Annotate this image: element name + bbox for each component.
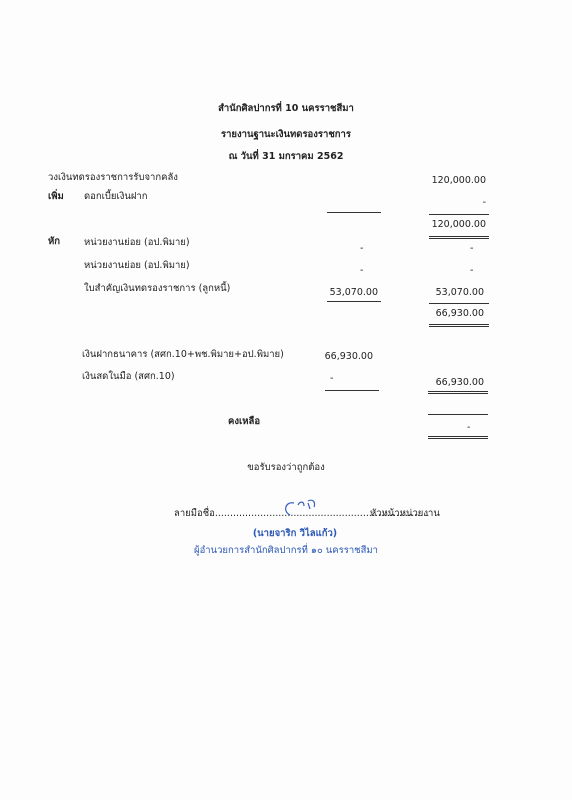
cash-col2: 66,930.00 <box>404 377 484 389</box>
bank-col1: 66,930.00 <box>293 351 373 363</box>
add-label: เพิ่ม <box>48 191 64 203</box>
bank-label: เงินฝากธนาคาร (สศก.10+พช.พิมาย+อป.พิมาย) <box>82 349 284 361</box>
deduct-label: หัก <box>48 236 60 248</box>
rule <box>429 303 489 304</box>
double-rule <box>428 391 488 394</box>
rule <box>428 414 488 415</box>
signer-position: ผู้อำนวยการสำนักศิลปากรที่ ๑๐ นครราชสีมา <box>194 545 378 557</box>
unit1-col2: - <box>470 243 473 255</box>
subtotal2-amount: 66,930.00 <box>404 308 484 320</box>
interest-label: ดอกเบี้ยเงินฝาก <box>84 191 148 203</box>
double-rule <box>428 436 488 439</box>
signature-suffix: หัวหน้าหน่วยงาน <box>370 508 440 520</box>
rule <box>325 390 379 391</box>
signer-name: (นายจาริก วิไลแก้ว) <box>0 528 572 540</box>
unit1-col1: - <box>360 243 363 255</box>
double-rule <box>429 324 489 327</box>
interest-amount: - <box>406 197 486 209</box>
report-date: ณ วันที่ 31 มกราคม 2562 <box>0 151 572 163</box>
subtotal1-amount: 120,000.00 <box>406 219 486 231</box>
cash-col1: - <box>330 373 333 385</box>
balance-amount: - <box>467 422 470 434</box>
handwritten-signature <box>278 495 328 520</box>
office-name: สำนักศิลปากรที่ 10 นครราชสีมา <box>0 103 572 115</box>
unit1-label: หน่วยงานย่อย (อป.พิมาย) <box>84 237 190 249</box>
received-label: วงเงินทดรองราชการรับจากคลัง <box>48 172 178 184</box>
unit2-col1: - <box>360 265 363 277</box>
rule <box>327 301 381 302</box>
double-rule <box>429 236 489 239</box>
unit2-col2: - <box>470 265 473 277</box>
rule <box>429 214 489 215</box>
received-amount: 120,000.00 <box>406 175 486 187</box>
rule <box>327 212 381 213</box>
receipts-label: ใบสำคัญเงินทดรองราชการ (ลูกหนี้) <box>84 283 230 295</box>
certification-text: ขอรับรองว่าถูกต้อง <box>0 462 572 474</box>
unit2-label: หน่วยงานย่อย (อป.พิมาย) <box>84 260 190 272</box>
balance-label: คงเหลือ <box>228 416 260 428</box>
receipts-col2: 53,070.00 <box>404 287 484 299</box>
receipts-col1: 53,070.00 <box>298 287 378 299</box>
cash-label: เงินสดในมือ (สศก.10) <box>82 371 175 383</box>
report-title: รายงานฐานะเงินทดรองราชการ <box>0 129 572 141</box>
